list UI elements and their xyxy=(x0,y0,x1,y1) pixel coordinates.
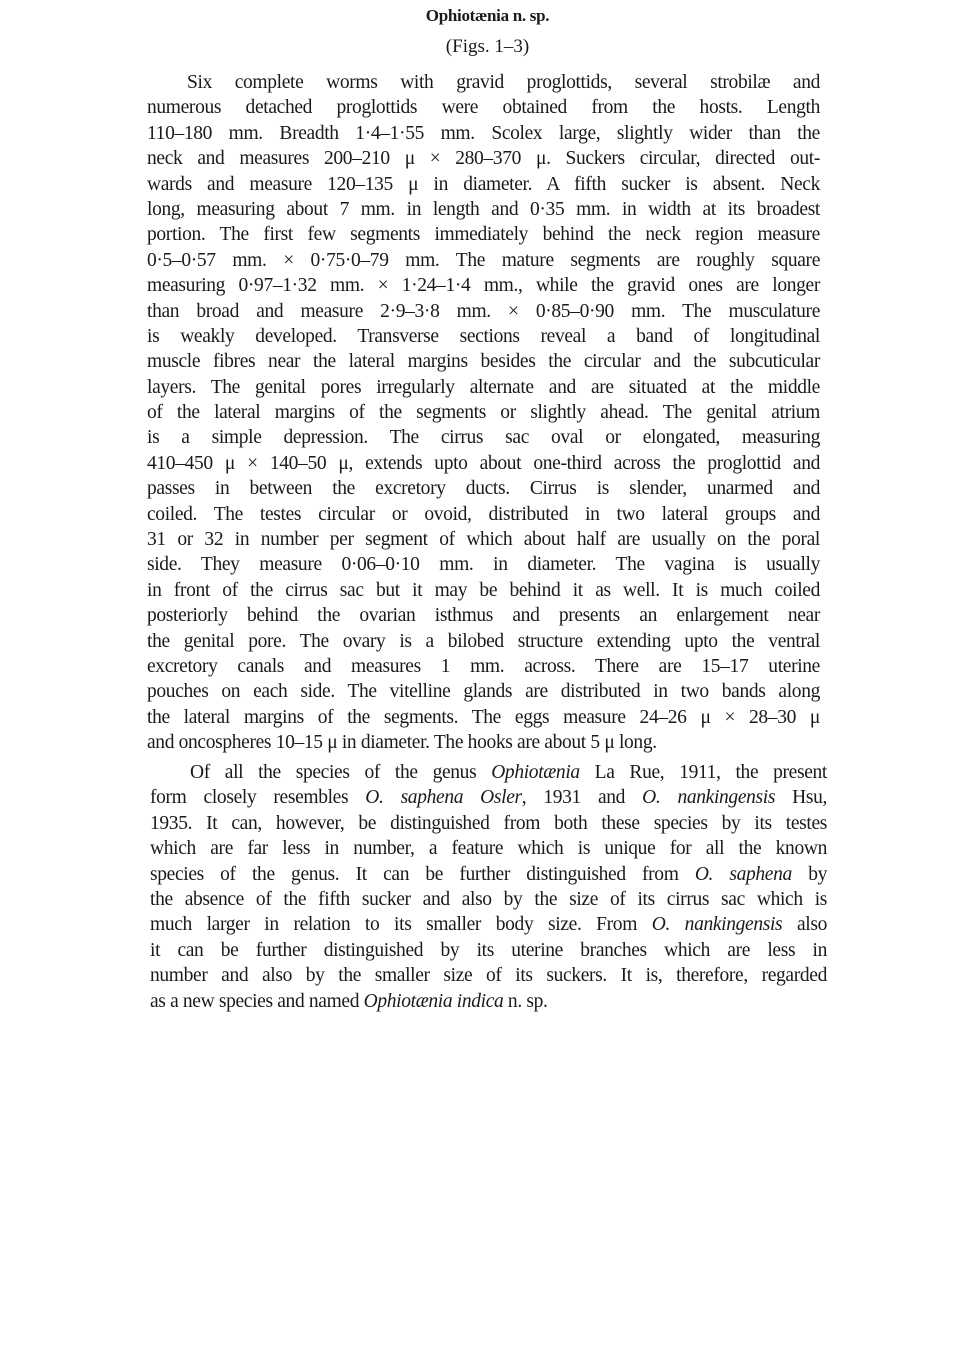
text-line: number and also by the smaller size of i… xyxy=(150,963,827,988)
text-line: layers. The genital pores irregularly al… xyxy=(147,375,820,400)
text-line: 1935. It can, however, be distinguished … xyxy=(150,811,827,836)
text-run: which are far less in number, a feature … xyxy=(150,838,827,859)
figure-reference: (Figs. 1–3) xyxy=(0,36,975,58)
text-line: the absence of the fifth sucker and also… xyxy=(150,887,827,912)
text-run: it can be further distinguished by its u… xyxy=(150,940,827,961)
text-line: measuring 0·97–1·32 mm. × 1·24–1·4 mm., … xyxy=(147,273,820,298)
text-run: 1935. It can, however, be distinguished … xyxy=(150,813,827,834)
taxon-name: O. saphena Osler xyxy=(365,787,521,808)
description-paragraph: Six complete worms with gravid proglotti… xyxy=(147,70,820,756)
taxon-name: O. nankingensis xyxy=(652,914,783,935)
text-line: form closely resembles O. saphena Osler,… xyxy=(150,785,827,810)
text-run: Of all the species of the genus xyxy=(190,762,491,783)
taxon-name: O. nankingensis xyxy=(642,787,775,808)
text-line: excretory canals and measures 1 mm. acro… xyxy=(147,654,820,679)
text-run: form closely resembles xyxy=(150,787,365,808)
text-line: passes in between the excretory ducts. C… xyxy=(147,476,820,501)
text-line: is weakly developed. Transverse sections… xyxy=(147,324,820,349)
text-line: coiled. The testes circular or ovoid, di… xyxy=(147,502,820,527)
text-line: Six complete worms with gravid proglotti… xyxy=(147,70,820,95)
text-run: species of the genus. It can be further … xyxy=(150,864,695,885)
text-line: is a simple depression. The cirrus sac o… xyxy=(147,425,820,450)
text-line: posteriorly behind the ovarian isthmus a… xyxy=(147,603,820,628)
text-line: much larger in relation to its smaller b… xyxy=(150,912,827,937)
text-line: and oncospheres 10–15 μ in diameter. The… xyxy=(147,730,820,755)
text-run: La Rue, 1911, the present xyxy=(580,762,827,783)
text-run: by xyxy=(792,864,827,885)
text-line: 0·5–0·57 mm. × 0·75·0–79 mm. The mature … xyxy=(147,248,820,273)
taxon-name: O. saphena xyxy=(695,864,792,885)
text-line: muscle fibres near the lateral margins b… xyxy=(147,349,820,374)
text-run: Hsu, xyxy=(775,787,827,808)
text-run: number and also by the smaller size of i… xyxy=(150,965,827,986)
text-line: the genital pore. The ovary is a bilobed… xyxy=(147,629,820,654)
text-line: which are far less in number, a feature … xyxy=(150,836,827,861)
text-run: n. sp. xyxy=(503,991,547,1012)
text-line: it can be further distinguished by its u… xyxy=(150,938,827,963)
text-line: of the lateral margins of the segments o… xyxy=(147,400,820,425)
text-run: as a new species and named xyxy=(150,991,364,1012)
text-line: 31 or 32 in number per segment of which … xyxy=(147,527,820,552)
text-line: numerous detached proglottids were obtai… xyxy=(147,95,820,120)
text-line: as a new species and named Ophiotænia in… xyxy=(150,989,827,1014)
text-line: in front of the cirrus sac but it may be… xyxy=(147,578,820,603)
text-run: , 1931 and xyxy=(522,787,642,808)
text-line: portion. The first few segments immediat… xyxy=(147,222,820,247)
taxon-name: Ophiotænia xyxy=(491,762,580,783)
text-line: pouches on each side. The vitelline glan… xyxy=(147,679,820,704)
text-line: Of all the species of the genus Ophiotæn… xyxy=(150,760,827,785)
text-line: species of the genus. It can be further … xyxy=(150,862,827,887)
text-line: the lateral margins of the segments. The… xyxy=(147,705,820,730)
taxon-name: Ophiotænia indica xyxy=(364,991,504,1012)
text-line: 110–180 mm. Breadth 1·4–1·55 mm. Scolex … xyxy=(147,121,820,146)
text-run: much larger in relation to its smaller b… xyxy=(150,914,652,935)
comparison-paragraph: Of all the species of the genus Ophiotæn… xyxy=(150,760,827,1014)
text-line: than broad and measure 2·9–3·8 mm. × 0·8… xyxy=(147,299,820,324)
text-line: long, measuring about 7 mm. in length an… xyxy=(147,197,820,222)
text-run: the absence of the fifth sucker and also… xyxy=(150,889,827,910)
text-run: also xyxy=(782,914,827,935)
section-title: Ophiotænia n. sp. xyxy=(0,6,975,26)
text-line: side. They measure 0·06–0·10 mm. in diam… xyxy=(147,552,820,577)
text-line: neck and measures 200–210 μ × 280–370 μ.… xyxy=(147,146,820,171)
text-line: 410–450 μ × 140–50 μ, extends upto about… xyxy=(147,451,820,476)
text-line: wards and measure 120–135 μ in diameter.… xyxy=(147,172,820,197)
